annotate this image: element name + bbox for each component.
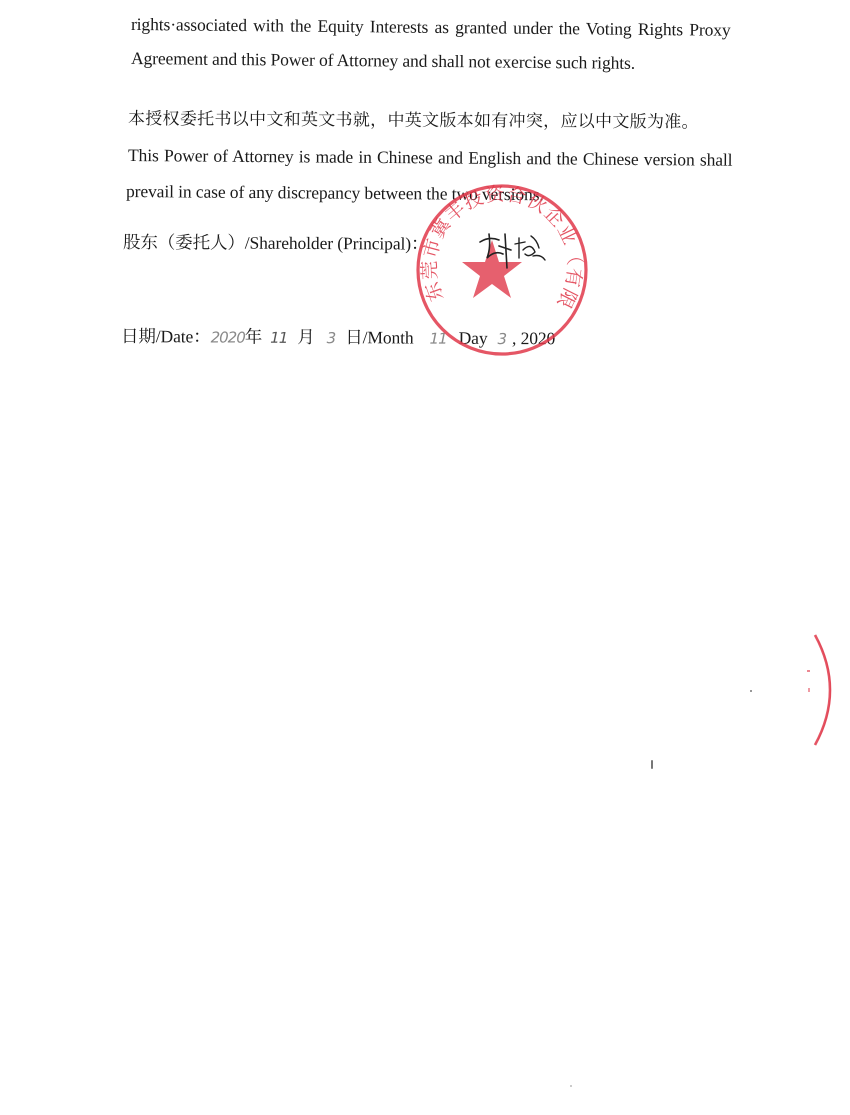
- rights-paragraph-line-1: rights·associated with the Equity Intere…: [131, 14, 731, 41]
- year-en: , 2020: [512, 328, 555, 348]
- date-line: 日期/Date：2020年11月3日/Month11Day3, 2020: [121, 323, 555, 350]
- year-unit: 年: [245, 327, 263, 347]
- handwritten-month: 11: [270, 329, 287, 347]
- rights-paragraph-line-2: Agreement and this Power of Attorney and…: [131, 48, 635, 74]
- handwritten-year: 2020: [211, 328, 245, 346]
- shareholder-label: 股东（委托人）/Shareholder (Principal)：: [123, 232, 429, 254]
- scan-speck: [570, 1085, 572, 1087]
- month-unit: 月: [297, 327, 315, 347]
- english-language-clause-line-1: This Power of Attorney is made in Chines…: [128, 145, 733, 171]
- scan-speck: [750, 690, 752, 692]
- scan-speck: [651, 760, 653, 769]
- day-label: Day: [459, 328, 488, 348]
- document-page: rights·associated with the Equity Intere…: [0, 0, 850, 1115]
- partial-seal-edge: [805, 630, 845, 750]
- english-language-clause-line-2: prevail in case of any discrepancy betwe…: [126, 181, 544, 205]
- handwritten-day: 3: [327, 329, 336, 347]
- day-unit-month-label: 日/Month: [345, 327, 413, 347]
- date-label: 日期/Date：: [121, 326, 211, 346]
- handwritten-day-en: 3: [497, 330, 506, 348]
- handwritten-signature: [475, 228, 555, 278]
- chinese-language-clause: 本授权委托书以中文和英文书就，中英文版本如有冲突，应以中文版为准。: [128, 104, 699, 132]
- handwritten-month-en: 11: [430, 330, 447, 348]
- shareholder-signature-line: 股东（委托人）/Shareholder (Principal)：: [123, 229, 429, 256]
